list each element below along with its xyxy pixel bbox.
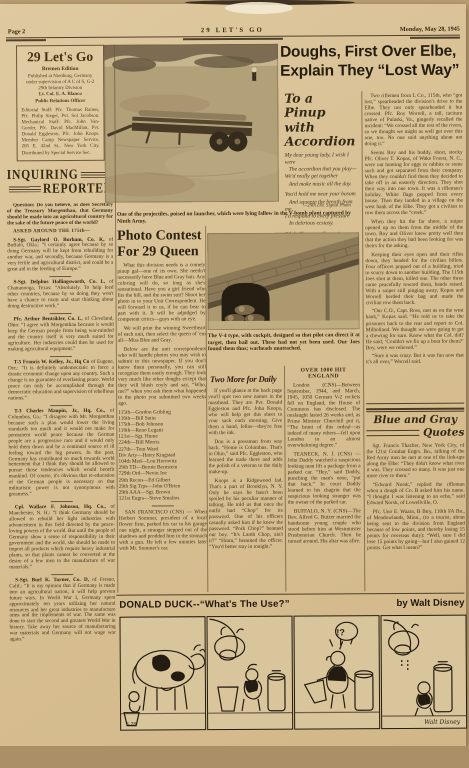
quotes-rule-fill — [366, 430, 419, 436]
photo2-caption: The V-4 type, with cockpit, designed so … — [208, 332, 360, 353]
cns-story: London (CNS)—Between September, 1944, an… — [287, 382, 360, 449]
header-rule-right — [410, 37, 460, 39]
inquiring-reporter-heading: INQUIRING REPORTER — [7, 169, 113, 196]
san-francisco-filler: SAN FRANCISCO (CNS) — When Herbert Somme… — [119, 509, 207, 552]
interview-text: of Eugene, Ore.: “It is definitely undem… — [8, 359, 114, 401]
comic-speech-bubble: !? — [336, 627, 345, 637]
article-paragraph: “Our C.O., Capt. Ross, met us on the wes… — [366, 308, 464, 351]
masthead-title: 29 Let's Go — [21, 49, 99, 65]
inquiring-word: INQUIRING — [7, 168, 79, 183]
comic-panel-3: !? — [293, 615, 380, 730]
interview-entry: S-Sgt. Delphus Hollingsworth, Co. L, of … — [7, 280, 113, 310]
photo-vbomb-shed — [207, 232, 360, 330]
correspondent-item: 121st Engrs—Steve Smalios — [119, 495, 207, 502]
interview-text: of Fresno, Calif.: “It is my opinion tha… — [9, 577, 115, 643]
masthead-line: Public Relations Officer — [21, 98, 99, 105]
comic-artist-signature: Walt Disney — [424, 719, 461, 726]
entry-divider — [51, 501, 73, 502]
interview-entry: T-5 Francis W. Kelley, Jr., Hq Co of Eug… — [8, 360, 114, 402]
quotes-heading-line2: Quotes — [423, 427, 464, 439]
story-divider — [152, 505, 174, 506]
article-paragraph: Seems Roy and his buddy, short, stocky P… — [365, 149, 463, 216]
comic-panel-2 — [206, 616, 293, 731]
cns-briefs-column: OVER 1000 HIT ENGLAND London (CNS)—Betwe… — [287, 367, 361, 591]
newspaper-scan: Page 2 29 LET'S GO Monday, May 28, 1945 … — [0, 0, 469, 768]
cns-subhead: OVER 1000 HIT ENGLAND — [287, 367, 360, 380]
shed-photo-illustration — [207, 232, 360, 330]
article-end-rule — [366, 403, 464, 405]
entry-divider — [50, 405, 72, 406]
cns-story: TEANECK, N. J. (CNS) — John Daddy watche… — [287, 451, 360, 506]
comic-panel-1-art: 5-28 — [120, 617, 205, 730]
header-rule-center — [183, 38, 283, 41]
interview-entry: Pfc. Arthur Bentsikler, Co. L, of Clevel… — [8, 317, 114, 353]
photo-contest-heading: Photo Contest For 29 Queen — [117, 228, 205, 260]
comic-top-rule — [116, 593, 464, 596]
two-more-paragraph: If you'll glance at the back page you'll… — [208, 388, 282, 437]
masthead-box: 29 Let's Go Bremen Edition Published at … — [16, 45, 105, 161]
page-content: Page 2 29 LET'S GO Monday, May 28, 1945 … — [0, 0, 469, 747]
interview-entry: Cpl. Wallace F. Johnson, Hq. Co., of Man… — [9, 505, 115, 571]
headline-line: Explain They “Lost Way” — [280, 61, 464, 81]
heading-rule-fill — [9, 186, 41, 192]
poem-line: My dear young lady, I wish I were — [285, 152, 359, 167]
poem-line: In delirious ecstasy. — [285, 221, 359, 229]
poem-line: And make music all the day. — [285, 181, 359, 189]
interview-entry: S-Sgt. Gaylord O. Burham, Co. K, of Buff… — [7, 237, 113, 273]
contest-paragraph: We will print the winning Sweetheart of … — [118, 325, 206, 344]
quote-item: Sgt. Francis Thacher, New York City, of … — [366, 443, 464, 480]
article-paragraph: When they hit the far shore, a sniper op… — [365, 218, 463, 249]
main-headline: Doughs, First Over Elbe, Explain They “L… — [280, 43, 464, 82]
two-more-paragraph: Knops is a Ridgewood lad. That's a part … — [209, 477, 283, 550]
comic-panel-2-art — [207, 617, 292, 730]
doughs-article-column: Two riflemen from L Co., 115th, who “got… — [364, 93, 464, 402]
question-paragraph: Question: Do you believe, as does Secret… — [7, 203, 113, 227]
launcher-photo-illustration — [104, 44, 279, 203]
reporter-word: REPORTER — [43, 182, 113, 197]
contest-heading-line: Photo Contest — [117, 228, 205, 244]
comic-byline: by Walt Disney — [364, 598, 464, 610]
comic-panel-4: Walt Disney — [380, 615, 467, 730]
interview-entry: T-3 Charles Maupin, Jr., Hq. Co., of Col… — [8, 409, 115, 498]
entry-divider — [51, 574, 73, 575]
comic-panel-4-art: Walt Disney — [381, 616, 466, 729]
entry-divider — [50, 313, 72, 314]
article-paragraph: “Sure it was crazy. But it was fun now t… — [366, 353, 464, 366]
quotes-column: Sgt. Francis Thacher, New York City, of … — [366, 443, 465, 592]
photo-contest-column: What this division needs is a comely pin… — [117, 262, 207, 593]
quote-item: Pfc. Uno E. Waara, B Btry, 110th FA Bn.,… — [367, 508, 465, 551]
comic-panel-date: 5-28 — [126, 722, 136, 728]
interview-text: of Buffalo, Okla.: “I certainly agree be… — [7, 236, 113, 272]
column-rule — [284, 366, 286, 592]
quote-item: “Edward Norsk,” replied the rifleman whe… — [367, 481, 465, 506]
inquiring-reporter-column: Question: Do you believe, as does Secret… — [7, 203, 116, 746]
entry-divider — [49, 276, 71, 277]
interview-entry: S-Sgt. Burl K. Turner, Co. D, of Fresno,… — [9, 578, 115, 644]
comic-panel-3-art: !? — [294, 616, 379, 729]
poem-title-line: with Accordion — [284, 120, 358, 149]
poem-line: And squeeze the breath from me, — [285, 199, 359, 214]
cns-story: BUFFALO, N. Y. (CNS)—The Rev. Alfred G. … — [288, 508, 361, 545]
issue-date: Monday, May 28, 1945 — [308, 26, 460, 34]
asked-line: ASKED AROUND THE 175th— — [7, 229, 113, 235]
entry-divider — [50, 356, 72, 357]
article-paragraph: Two riflemen from L Co., 115th, who “got… — [364, 93, 462, 148]
header-rule-left — [6, 39, 46, 41]
article-paragraph: Keeping their eyes open and their rifles… — [365, 251, 463, 306]
headline-line: Doughs, First Over Elbe, — [280, 43, 464, 63]
poem-title-line: To a Pinup — [284, 91, 358, 120]
contest-paragraph: What this division needs is a comely pin… — [117, 262, 205, 323]
interview-text: of Manchester, N. H.: “I think Germany s… — [9, 504, 115, 570]
poem-title: To a Pinup with Accordion — [284, 91, 358, 149]
interview-text: of Columbus, Ga.: “I disagree with Mr. M… — [8, 408, 114, 498]
quotes-heading-line1: Blue and Gray — [366, 414, 464, 427]
quotes-heading: Blue and Gray Quotes — [366, 411, 464, 440]
photo-vbomb-launcher — [104, 44, 279, 203]
question-text: Question: Do you believe, as does Secret… — [7, 203, 113, 226]
contest-heading-line: For 29 Queen — [117, 244, 205, 260]
poem-line: You'd hold me near your bosom — [285, 192, 359, 200]
contest-paragraph: Below are the unit correspondents who wi… — [118, 346, 206, 407]
interview-text: of Cleveland, Ohio: “I agree with Morgen… — [8, 316, 114, 352]
two-more-column: If you'll glance at the back page you'll… — [208, 388, 283, 592]
masthead-edition: Bremen Edition — [21, 66, 99, 72]
two-more-paragraph: Don is a pressman from way back. “Home i… — [208, 439, 282, 476]
comic-title: DONALD DUCK--“What's The Use?” — [119, 598, 369, 611]
blue-gray-quotes-box: Blue and Gray Quotes Sgt. Francis Thache… — [366, 408, 465, 592]
scan-bottom-band — [0, 746, 469, 768]
comic-panel-1: 5-28 — [119, 616, 206, 731]
two-more-heading: Two More for Daily — [210, 374, 282, 384]
masthead-staff: Editorial Staff: Pfc. Thomas Raines, Pfc… — [21, 107, 99, 156]
